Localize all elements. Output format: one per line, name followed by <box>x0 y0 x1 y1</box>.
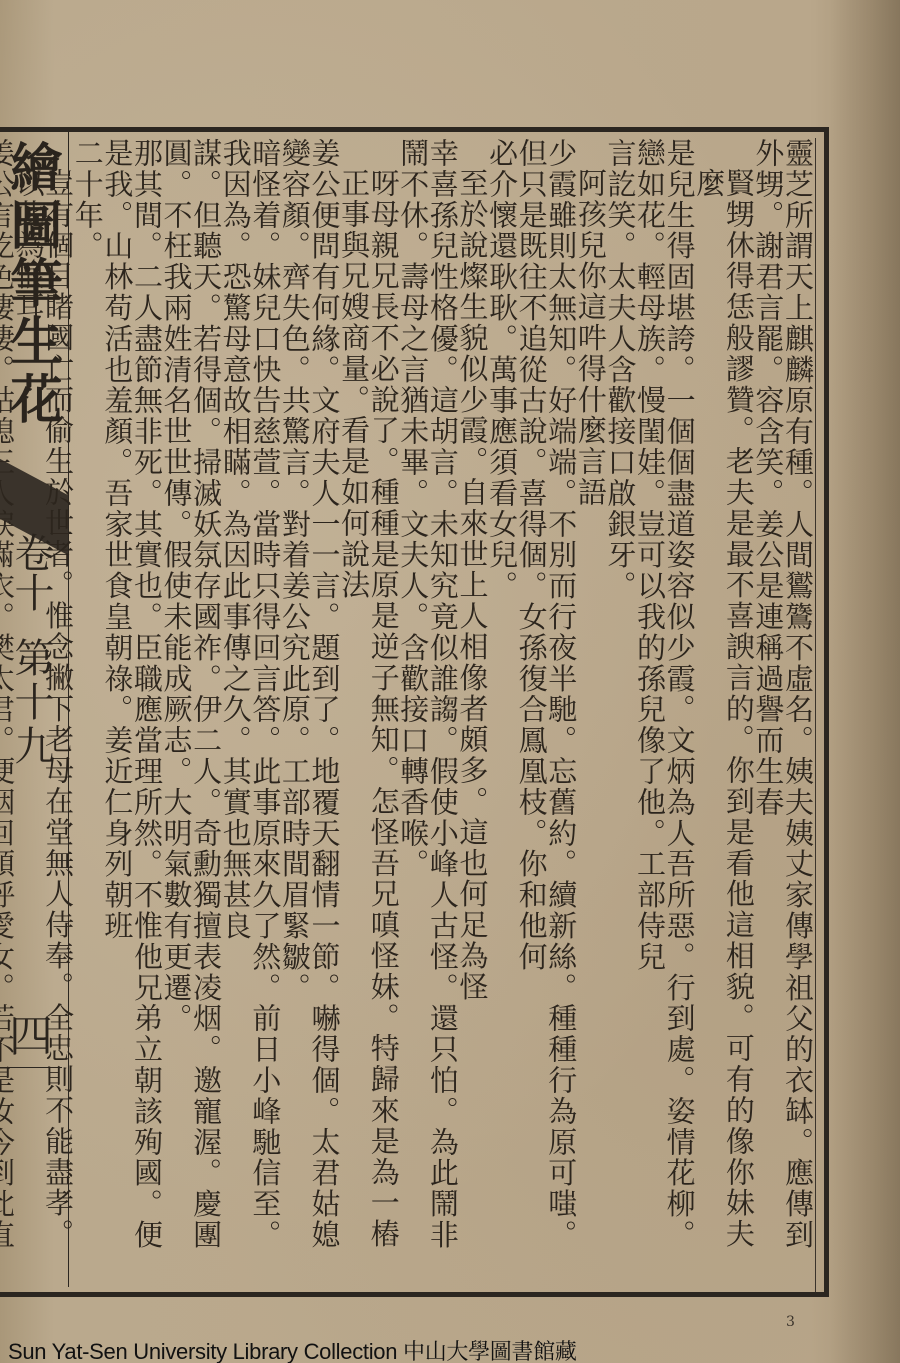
text-column: 必介懷還耿耿。萬事應須看女兒。 <box>486 138 516 1278</box>
inner-rule <box>815 138 816 1292</box>
text-column: 言訖笑。太夫人含歡接口啟銀牙。 <box>605 138 635 1278</box>
collection-watermark: Sun Yat-Sen University Library Collectio… <box>8 1335 577 1363</box>
text-column: 賢甥休得恁般謬贊。老夫是最不喜諛言的。你到是看他這相貌。可有的像你妹夫麼 <box>694 138 753 1278</box>
text-column: 姜公便問有何緣。文府夫人一一言。題到了。地覆天翻情一節。嚇得個。太君姑媳變容顏。… <box>279 138 338 1278</box>
text-column: 呀母親兄長不必說了。種種是原是逆子無知。怎怪吾兄嗔怪妹。特歸來是為一樁正事與兄嫂… <box>339 138 398 1278</box>
text-column: 謀。但聽天。若得個。掃滅妖氛存國祚。伊二人。奇勳獨擅表凌烟。邀寵渥。慶團圓。不枉… <box>161 138 220 1278</box>
text-column: 幸喜孫兒性格優。這胡言。未知究竟似誰謅。假使小峰人古怪。還只怕。為此鬧非鬧不休。… <box>398 138 457 1278</box>
text-column: 姜公言訖色淒淒。姑媳三人淚滿衣。樊太君。哽咽回頭呼愛女。若不是汝今到此直言題。 <box>0 138 13 1278</box>
text-column: 二十年。 <box>72 138 102 1278</box>
text-column: 豈有個目睹國亡而偷生於世者。惟念撇下老母在堂無人侍奉。全忠則不能盡孝。以此為恨耳 <box>13 138 72 1278</box>
text-column: 是兒生得固堪誇。一個個盡道姿容似少霞。文炳為人吾所惡。行到處。姿情花柳。戀如花。… <box>634 138 693 1278</box>
text-body: 靈芝所謂天上麒麟原有種。人間鸑鷟不虛名。姨夫姨丈家傳學祖父的衣缽。應傳到外甥。謝… <box>72 138 812 1278</box>
text-column: 暗怪着。妹兒口快告慈萱。當時只得回言答。此事原來久了然。前日小峰馳信至。我因為。… <box>220 138 279 1278</box>
text-column: 靈芝所謂天上麒麟原有種。人間鸑鷟不虛名。姨夫姨丈家傳學祖父的衣缽。應傳到外甥。謝… <box>753 138 812 1278</box>
footer-mark: 3 <box>786 1314 795 1330</box>
binding-shadow <box>830 0 900 1363</box>
text-column: 那其間。二人盡節無非死。其實也。臣職應當理所然。不惟他兄弟立朝該殉國。便是我。山… <box>102 138 161 1278</box>
text-column: 至於說燦生貌似少霞。自來世上人相像者頗多。這也何足為怪 <box>457 138 487 1278</box>
text-column: 少霞雖則太無知。好端端。不別而行夜半馳。忘舊約。續新絲。種種行為原可嗤。但只是既… <box>516 138 575 1278</box>
text-column: 阿孩兒你這吽得什麼言語 <box>575 138 605 1278</box>
